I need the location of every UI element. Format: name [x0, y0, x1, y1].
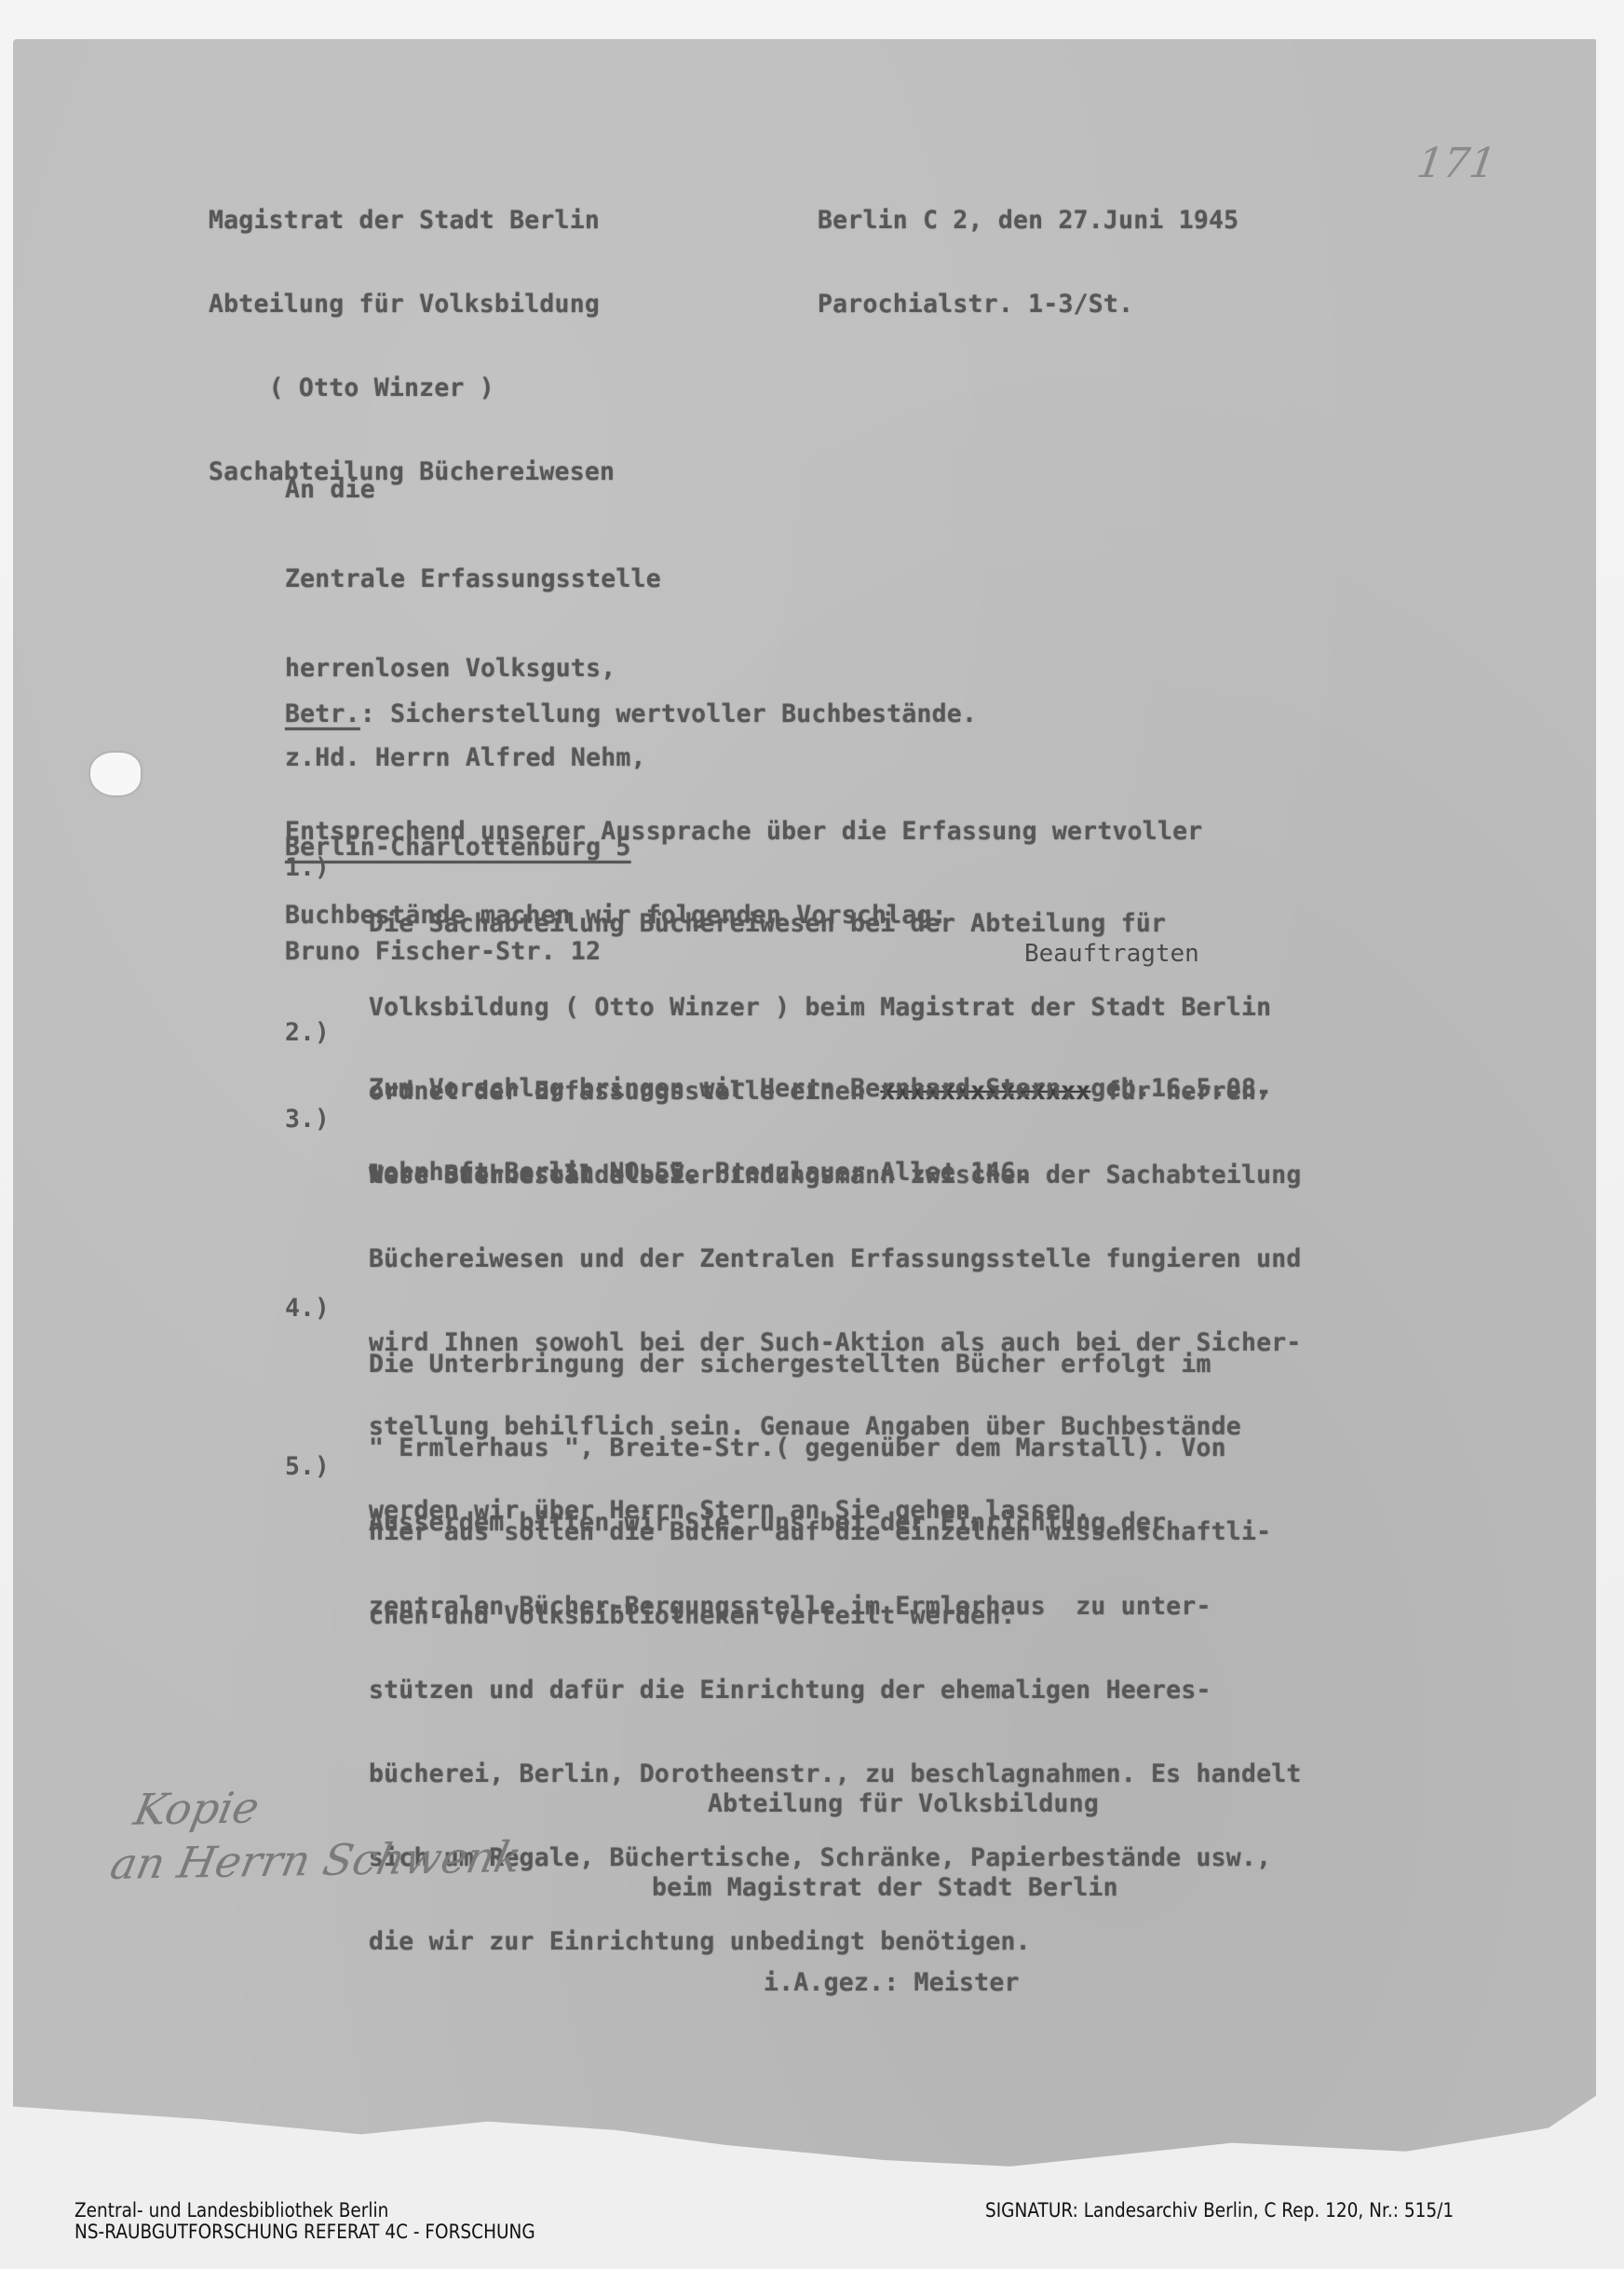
item-number: 2.)	[285, 1019, 359, 1047]
item-line: Büchereiwesen und der Zentralen Erfassun…	[369, 1245, 1302, 1273]
handwritten-note: Kopie an Herrn Schwenk	[119, 1775, 536, 1890]
sender-line: ( Otto Winzer )	[209, 374, 615, 402]
archive-signature: SIGNATUR: Landesarchiv Berlin, C Rep. 12…	[985, 2200, 1454, 2221]
footer-line: Zentral- und Landesbibliothek Berlin	[74, 2200, 535, 2221]
item-number: 4.)	[285, 1295, 359, 1323]
recipient-line: An die	[285, 475, 661, 505]
signature-line: i.A.gez.: Meister	[764, 1969, 1118, 1997]
sender-line: Magistrat der Stadt Berlin	[209, 207, 615, 235]
signature-block: Abteilung für Volksbildung beim Magistra…	[708, 1734, 1118, 2025]
item-line: Ausserdem bitten wir Sie, uns bei der Ei…	[369, 1509, 1302, 1537]
sender-address: Parochialstr. 1-3/St.	[818, 291, 1238, 319]
typed-correction: Beauftragten	[1024, 940, 1199, 968]
item-number: 1.)	[285, 854, 359, 882]
punch-hole	[90, 753, 141, 795]
recipient-line: Zentrale Erfassungsstelle	[285, 564, 661, 594]
item-number: 3.)	[285, 1106, 359, 1134]
subject-text: : Sicherstellung wertvoller Buchbestände…	[360, 700, 977, 728]
item-line: stützen und dafür die Einrichtung der eh…	[369, 1677, 1302, 1705]
item-number: 5.)	[285, 1453, 359, 1481]
sender-line: Abteilung für Volksbildung	[209, 291, 615, 319]
item-line: Volksbildung ( Otto Winzer ) beim Magist…	[369, 994, 1271, 1022]
folio-number: 171	[1414, 140, 1498, 187]
footer-line: NS-RAUBGUTFORSCHUNG REFERAT 4C - FORSCHU…	[74, 2221, 535, 2243]
item-line: Die Sachabteilung Büchereiwesen bei der …	[369, 910, 1271, 938]
recipient-line: herrenlosen Volksguts,	[285, 654, 661, 684]
item-line: zentralen Bücher-Bergungsstelle im Ermle…	[369, 1593, 1302, 1621]
place-date: Berlin C 2, den 27.Juni 1945	[818, 207, 1238, 235]
archive-footer-left: Zentral- und Landesbibliothek Berlin NS-…	[74, 2200, 535, 2243]
item-line: Herr Stern soll als Verbindungsmann zwis…	[369, 1162, 1302, 1189]
subject-line: Betr.: Sicherstellung wertvoller Buchbes…	[285, 700, 977, 728]
subject-label: Betr.	[285, 700, 360, 728]
intro-line: Entsprechend unserer Aussprache über die…	[285, 818, 1202, 846]
place-date-block: Berlin C 2, den 27.Juni 1945 Parochialst…	[818, 151, 1238, 346]
signature-line: Abteilung für Volksbildung	[708, 1790, 1118, 1818]
handwritten-line: Kopie	[129, 1775, 536, 1836]
handwritten-line: an Herrn Schwenk	[106, 1829, 526, 1891]
item-line: Zum Vorschlag bringen wir Herrn Bernhard…	[369, 1075, 1271, 1103]
signature-line: beim Magistrat der Stadt Berlin	[652, 1874, 1118, 1902]
item-line: Die Unterbringung der sichergestellten B…	[369, 1351, 1271, 1379]
